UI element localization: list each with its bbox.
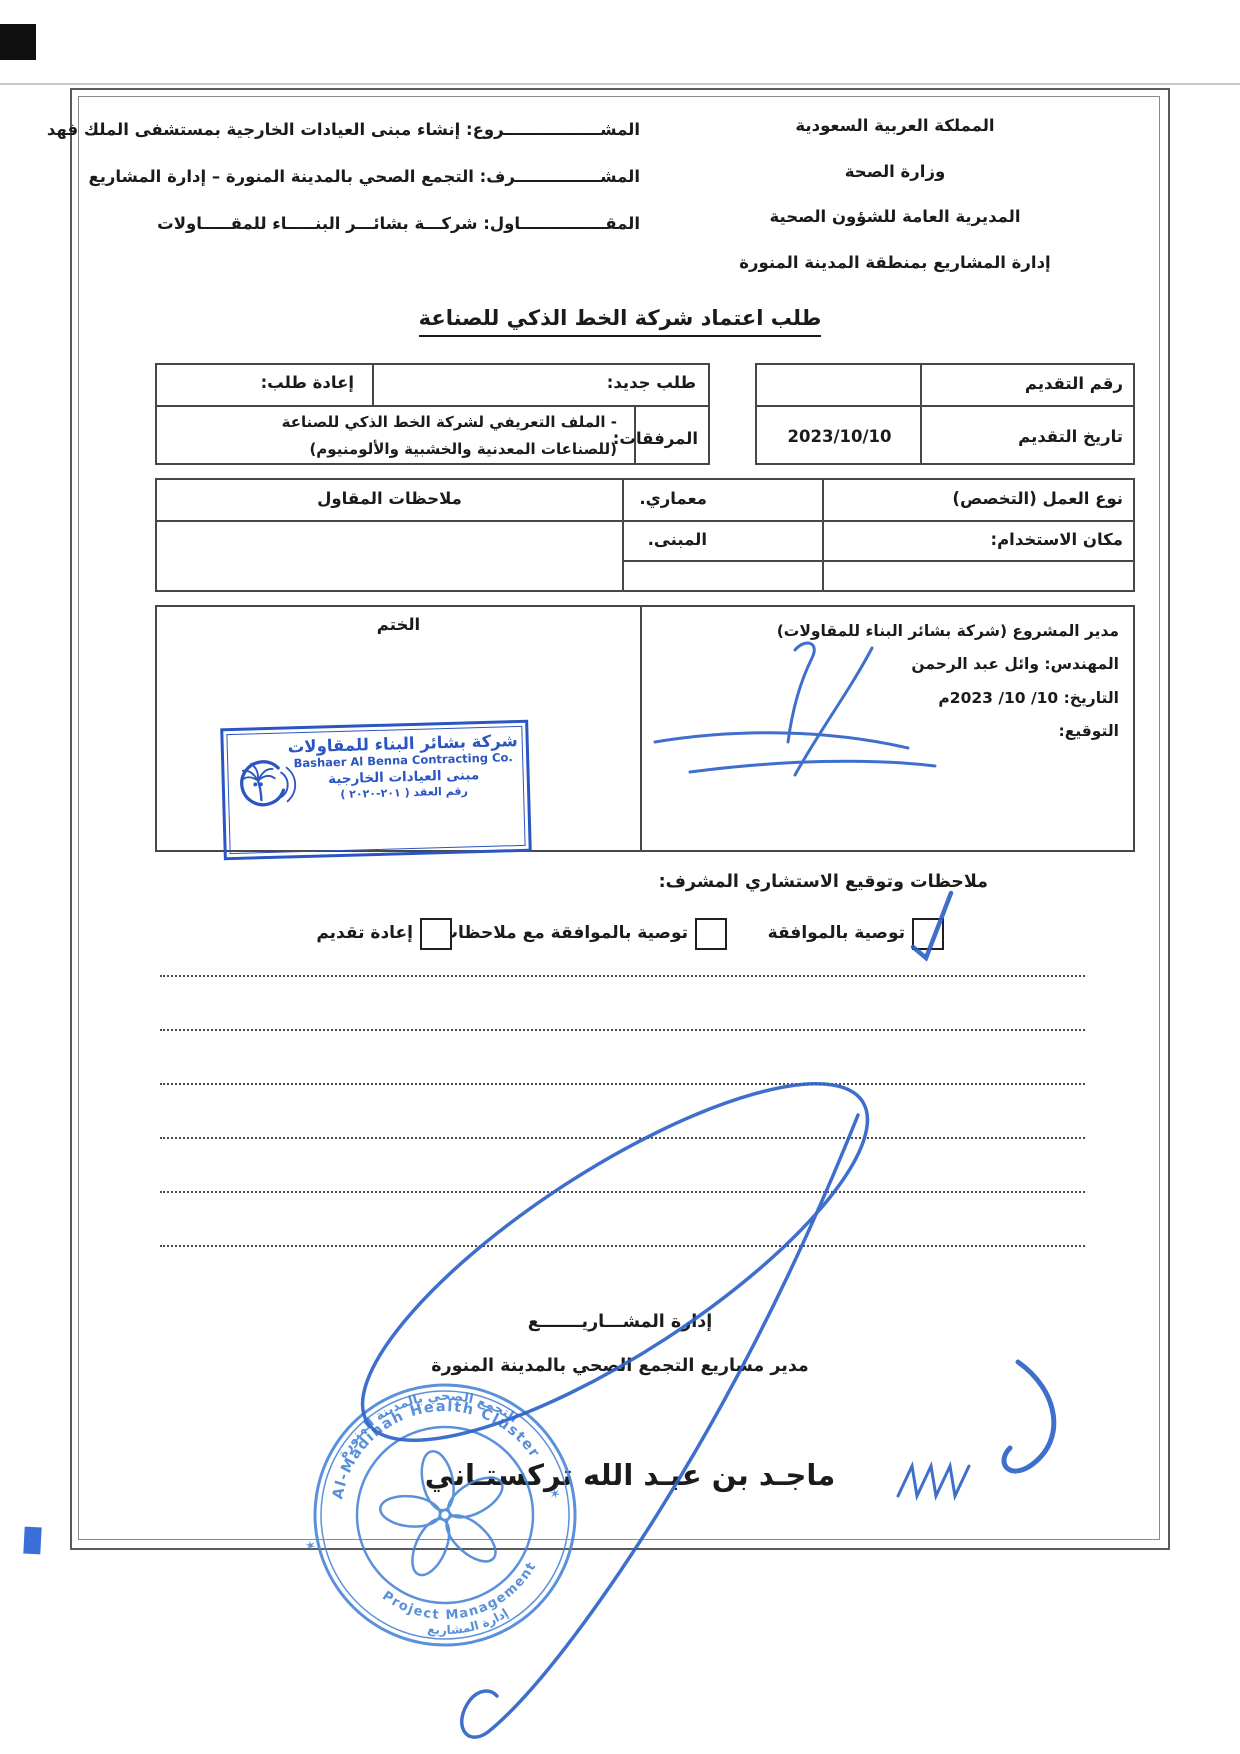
usage-place-value: المبنى. <box>622 530 822 549</box>
attachment-line-2: (للصناعات المعدنية والخشبية والألومنيوم) <box>165 436 617 463</box>
dotted-line <box>160 1083 1085 1085</box>
contractor-stamp-inner: شركة بشائر البناء للمقاولات Bashaer Al B… <box>226 726 525 854</box>
manager-info: مدير المشروع (شركة بشائر البناء للمقاولا… <box>640 615 1133 748</box>
contractor-line: المقـــــــــــــــاول: شركـــة بشائـــر… <box>140 214 640 233</box>
header-directorate: المديرية العامة للشؤون الصحية <box>690 209 1100 226</box>
header-department: إدارة المشاريع بمنطقة المدينة المنورة <box>690 255 1100 272</box>
dotted-line <box>160 1191 1085 1193</box>
project-header: المشـــــــــــــــــروع: إنشاء مبنى الع… <box>140 120 640 261</box>
usage-place-label: مكان الاستخدام: <box>990 530 1123 549</box>
stamp-label: الختم <box>157 615 640 634</box>
footer-department: إدارة المشـــاريـــــــع <box>370 1312 870 1332</box>
submission-date-label: تاريخ التقديم <box>1018 427 1123 446</box>
header-country: المملكة العربية السعودية <box>690 118 1100 135</box>
attachments-content: - الملف التعريفي لشركة الخط الذكي للصناع… <box>165 409 627 463</box>
scan-artifact-blue-mark <box>23 1527 41 1555</box>
document-title-wrap: طلب اعتماد شركة الخط الذكي للصناعة <box>0 306 1240 337</box>
dotted-line <box>160 1137 1085 1139</box>
palm-tree-logo-icon <box>234 755 292 815</box>
work-type-table: نوع العمل (التخصص) معماري. مكان الاستخدا… <box>155 478 1135 592</box>
contractor-stamp: شركة بشائر البناء للمقاولات Bashaer Al B… <box>220 720 532 861</box>
attachment-line-1: - الملف التعريفي لشركة الخط الذكي للصناع… <box>165 409 617 436</box>
header-ministry: وزارة الصحة <box>690 164 1100 181</box>
submission-table: رقم التقديم تاريخ التقديم 2023/10/10 <box>755 363 1135 465</box>
contractor-notes-header: ملاحظات المقاول <box>157 489 622 508</box>
signature-label: التوقيع: <box>640 715 1119 748</box>
request-table: طلب جديد: إعادة طلب: المرفقات: - الملف ا… <box>155 363 710 465</box>
dotted-line <box>160 1029 1085 1031</box>
document-title: طلب اعتماد شركة الخط الذكي للصناعة <box>419 306 822 337</box>
checkbox-approve-with-notes[interactable] <box>695 918 727 950</box>
engineer-name: المهندس: وائل عبد الرحمن <box>640 648 1119 681</box>
cluster-stamp-star-right: ✶ <box>548 1486 563 1504</box>
checkbox-approve[interactable] <box>912 918 944 950</box>
new-request-label: طلب جديد: <box>607 373 696 392</box>
project-line: المشـــــــــــــــــروع: إنشاء مبنى الع… <box>140 120 640 139</box>
dotted-line <box>160 975 1085 977</box>
checkbox-resubmit[interactable] <box>420 918 452 950</box>
ministry-header: المملكة العربية السعودية وزارة الصحة الم… <box>690 118 1100 300</box>
scan-artifact-line <box>0 83 1240 85</box>
submission-date-value: 2023/10/10 <box>767 427 912 446</box>
repeat-request-label: إعادة طلب: <box>354 373 362 392</box>
checkbox-approve-label: توصية بالموافقة <box>768 923 905 943</box>
manager-date: التاريخ: 10/ 10/ 2023م <box>640 682 1119 715</box>
consultant-heading: ملاحظات وتوقيع الاستشاري المشرف: <box>659 872 988 892</box>
work-type-label: نوع العمل (التخصص) <box>952 489 1123 508</box>
manager-header: مدير المشروع (شركة بشائر البناء للمقاولا… <box>640 615 1119 648</box>
dotted-line <box>160 1245 1085 1247</box>
submission-number-label: رقم التقديم <box>1025 374 1123 393</box>
scan-artifact-corner <box>0 24 36 60</box>
checkbox-approve-with-notes-label: توصية بالموافقة مع ملاحظات <box>441 923 688 943</box>
checkbox-resubmit-label: إعادة تقديم <box>316 923 413 943</box>
work-type-value: معماري. <box>622 489 822 508</box>
scanned-document-page: المملكة العربية السعودية وزارة الصحة الم… <box>0 0 1240 1754</box>
supervisor-line: المشـــــــــــــــرف: التجمع الصحي بالم… <box>140 167 640 186</box>
